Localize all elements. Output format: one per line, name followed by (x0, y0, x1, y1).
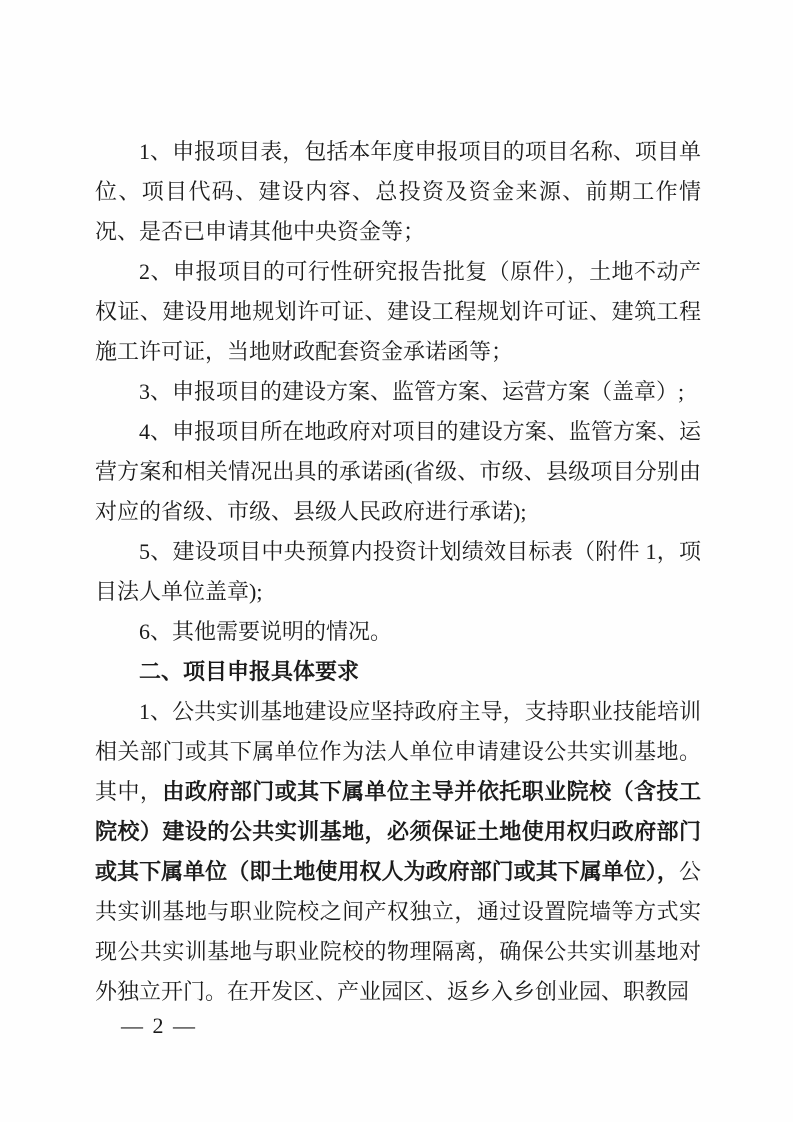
list-item-5: 5、建设项目中央预算内投资计划绩效目标表（附件 1，项目法人单位盖章); (95, 532, 701, 612)
document-page: 1、申报项目表，包括本年度申报项目的项目名称、项目单位、项目代码、建设内容、总投… (0, 0, 793, 1122)
list-item-4: 4、申报项目所在地政府对项目的建设方案、监管方案、运营方案和相关情况出具的承诺函… (95, 412, 701, 532)
document-body: 1、申报项目表，包括本年度申报项目的项目名称、项目单位、项目代码、建设内容、总投… (95, 132, 701, 1012)
page-number: — 2 — (121, 1006, 197, 1046)
list-item-1: 1、申报项目表，包括本年度申报项目的项目名称、项目单位、项目代码、建设内容、总投… (95, 132, 701, 252)
list-item-3: 3、申报项目的建设方案、监管方案、运营方案（盖章）; (95, 372, 701, 412)
paragraph-specific-requirements: 1、公共实训基地建设应坚持政府主导，支持职业技能培训相关部门或其下属单位作为法人… (95, 692, 701, 1012)
list-item-2: 2、申报项目的可行性研究报告批复（原件），土地不动产权证、建设用地规划许可证、建… (95, 252, 701, 372)
section-heading: 二、项目申报具体要求 (95, 652, 701, 692)
list-item-6: 6、其他需要说明的情况。 (95, 612, 701, 652)
text-run-bold: 由政府部门或其下属单位主导并依托职业院校（含技工院校）建设的公共实训基地，必须保… (95, 779, 701, 884)
